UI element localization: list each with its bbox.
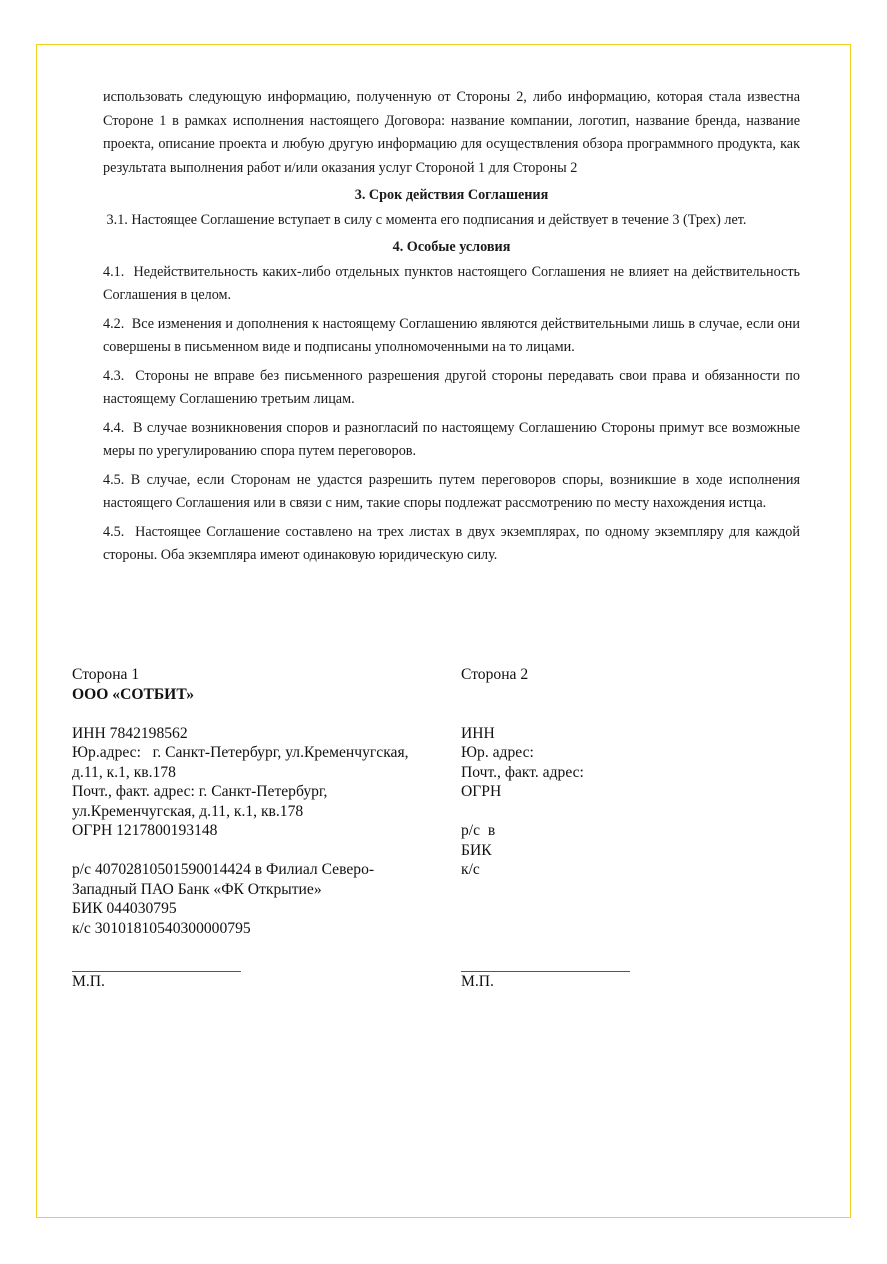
party-2-account: р/с в <box>461 821 841 841</box>
clause-4-4: 4.4. В случае возникновения споров и раз… <box>103 417 800 464</box>
party-2-signature-area: М.П. <box>461 971 630 992</box>
party-2-postal-address: Почт., факт. адрес: <box>461 763 841 783</box>
party-2-stamp: М.П. <box>461 972 630 992</box>
clause-4-1: 4.1. Недействительность каких-либо отдел… <box>103 261 800 308</box>
party-2-bik: БИК <box>461 841 841 861</box>
clause-4-5b: 4.5. Настоящее Соглашение составлено на … <box>103 521 800 568</box>
party-1-label: Сторона 1 <box>72 665 452 685</box>
clause-4-5: 4.5. В случае, если Сторонам не удастся … <box>103 469 800 516</box>
party-1-account-line1: р/с 40702810501590014424 в Филиал Северо… <box>72 860 452 880</box>
section-4-heading: 4. Особые условия <box>103 236 800 260</box>
party-1-legal-address-line1: Юр.адрес: г. Санкт-Петербург, ул.Кременч… <box>72 743 452 763</box>
party-1-legal-address-line2: д.11, к.1, кв.178 <box>72 763 452 783</box>
clause-3-1: 3.1. Настоящее Соглашение вступает в сил… <box>103 209 800 233</box>
party-1-bik: БИК 044030795 <box>72 899 452 919</box>
party-1-account-line2: Западный ПАО Банк «ФК Открытие» <box>72 880 452 900</box>
party-2-legal-address: Юр. адрес: <box>461 743 841 763</box>
party-1-corr-account: к/с 30101810540300000795 <box>72 919 452 939</box>
party-1-inn: ИНН 7842198562 <box>72 724 452 744</box>
party-1-name: ООО «СОТБИТ» <box>72 685 452 705</box>
clause-4-3: 4.3. Стороны не вправе без письменного р… <box>103 365 800 412</box>
party-1-signature-area: М.П. <box>72 971 241 992</box>
party-2-inn: ИНН <box>461 724 841 744</box>
party-1-postal-address-line2: ул.Кременчугская, д.11, к.1, кв.178 <box>72 802 452 822</box>
party-1-ogrn: ОГРН 1217800193148 <box>72 821 452 841</box>
party-2-corr-account: к/с <box>461 860 841 880</box>
party-1-details: Сторона 1 ООО «СОТБИТ» ИНН 7842198562 Юр… <box>72 665 452 938</box>
party-2-details: Сторона 2 ИНН Юр. адрес: Почт., факт. ад… <box>461 665 841 880</box>
clause-4-2: 4.2. Все изменения и дополнения к настоя… <box>103 313 800 360</box>
party-2-ogrn: ОГРН <box>461 782 841 802</box>
party-2-label: Сторона 2 <box>461 665 841 685</box>
section-3-heading: 3. Срок действия Соглашения <box>103 184 800 208</box>
party-1-stamp: М.П. <box>72 972 241 992</box>
intro-paragraph: использовать следующую информацию, получ… <box>103 86 800 180</box>
document-body: использовать следующую информацию, получ… <box>103 86 800 568</box>
party-1-postal-address-line1: Почт., факт. адрес: г. Санкт-Петербург, <box>72 782 452 802</box>
